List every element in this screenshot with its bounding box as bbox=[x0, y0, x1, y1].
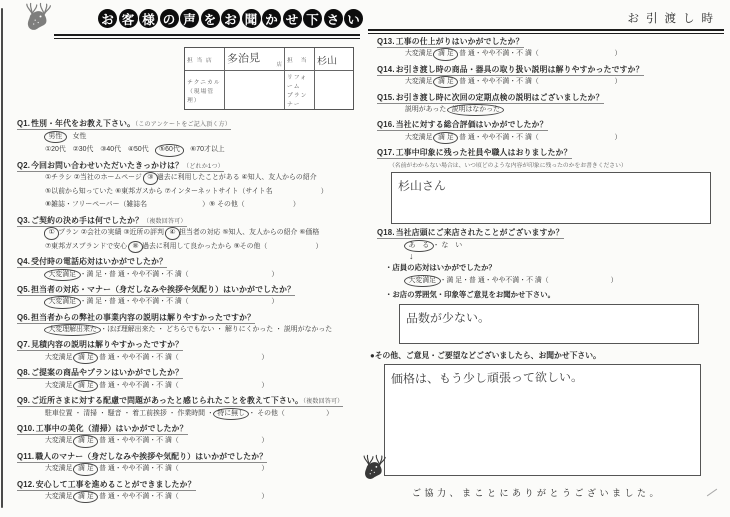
option-text: 普 通・やや不満・不 満（ ） bbox=[97, 465, 268, 472]
option-text: 過去に利用したことがある ④知人、友人からの紹介 bbox=[157, 174, 317, 181]
title-badge: を bbox=[201, 9, 220, 28]
answer-box: 杉山さん bbox=[391, 172, 711, 224]
technical-value-cell bbox=[225, 71, 285, 109]
questions-right: Q13.工事の仕上がりはいかがでしたか？大変満足 満 足 普 通・やや不満・不 … bbox=[368, 36, 724, 344]
deer-logo-icon bbox=[20, 2, 58, 40]
option-text: ⑦東邦ガスブランドで安心 bbox=[45, 243, 129, 250]
question-Q15: Q15.お引き渡し時に次回の定期点検の説明はございましたか？説明があった 説明は… bbox=[377, 92, 724, 117]
question-text: 工事中の美化（清掃）はいかがでしたか？ bbox=[36, 424, 188, 433]
question-title: Q13.工事の仕上がりはいかがでしたか？ bbox=[377, 36, 724, 47]
title-badges: お客様の声をお聞かせ下さい bbox=[98, 9, 363, 28]
question-note: （どれか1つ） bbox=[183, 164, 224, 170]
option-selected: 満 足 bbox=[73, 463, 98, 475]
option-text: 普 通・やや不満・不 満（ ） bbox=[457, 50, 621, 57]
option-selected: ① bbox=[44, 227, 59, 239]
question-number: Q2. bbox=[17, 161, 30, 170]
sub-question-title: ・店員の応対はいかがでしたか？ bbox=[385, 262, 724, 274]
question-text: 職人のマナー（身だしなみや挨拶や気配り）はいかがでしたか？ bbox=[35, 452, 267, 461]
title-badge: 下 bbox=[303, 9, 322, 28]
option-text: 説明があった bbox=[405, 106, 448, 113]
handover-section-title: お引渡し時 bbox=[368, 10, 724, 26]
option-text: 大変満足 bbox=[405, 134, 434, 141]
option-line: 大変満足・満 足・普 通・やや不満・不 満（ ） bbox=[17, 295, 360, 308]
option-selected: 特に無し bbox=[213, 408, 250, 420]
question-title: Q9.ご近所さまに対する配慮で問題があったと感じられたことを教えて下さい。（複数… bbox=[17, 395, 360, 407]
question-title: Q3.ご契約の決め手は何でしたか？（複数回答可） bbox=[17, 215, 360, 227]
question-title: Q4.受付時の電話応対はいかがでしたか？ bbox=[17, 256, 360, 267]
sub-question: ・店員の応対はいかがでしたか？大変満足・満 足・普 通・やや不満・不 満（ ） bbox=[385, 262, 724, 287]
option-line: 男性 女性 bbox=[17, 130, 360, 143]
title-badge: お bbox=[221, 9, 240, 28]
question-title: Q14.お引き渡し時の商品・器具の取り扱い説明は解りやすかったですか？ bbox=[377, 64, 724, 75]
store-label: 担 当 店 bbox=[185, 48, 225, 71]
option-selected: 満 足 bbox=[433, 132, 458, 144]
option-text: プラン ②会社の実績 ③近所の評判 bbox=[58, 229, 166, 236]
option-line: 大変満足 満 足 普 通・やや不満・不 満（ ） bbox=[17, 490, 360, 503]
option-selected: 満 足 bbox=[73, 380, 98, 392]
option-text: 普 通・やや不満・不 満（ ） bbox=[97, 382, 268, 389]
title-badge: 様 bbox=[139, 9, 158, 28]
option-selected: 男性 bbox=[44, 131, 67, 143]
question-title-underline: Q2.今回お問い合わせいただいたきっかけは？（どれか1つ） bbox=[17, 161, 224, 172]
question-title-underline: Q12.安心して工事を進めることができましたか？ bbox=[17, 480, 196, 491]
question-number: Q9. bbox=[17, 396, 30, 405]
planner-value-cell bbox=[315, 71, 353, 109]
option-line: ①チラシ ②当社のホームページ ③過去に利用したことがある ④知人、友人からの紹… bbox=[17, 171, 360, 184]
handwritten-store-name: 多治見 bbox=[227, 49, 261, 66]
question-Q7: Q7.見積内容の説明は解りやすかったですか？大変満足 満 足 普 通・やや不満・… bbox=[17, 339, 360, 364]
option-selected: ⑧ bbox=[128, 241, 143, 253]
question-Q6: Q6.担当者からの弊社の事業内容の説明は解りやすかったですか？大変理解出来た・ほ… bbox=[17, 312, 360, 337]
sub-question-title: ・お店の雰囲気・印象等ご意見をお聞かせ下さい。 bbox=[385, 289, 724, 301]
question-title: Q10.工事中の美化（清掃）はいかがでしたか？ bbox=[17, 423, 360, 434]
option-text: 普 通・やや不満・不 満（ ） bbox=[457, 78, 621, 85]
option-line: あ る・ な い bbox=[377, 239, 724, 252]
title-badge: 聞 bbox=[242, 9, 261, 28]
title-badge: か bbox=[262, 9, 281, 28]
option-line: 大変満足・満 足・普 通・やや不満・不 満（ ） bbox=[385, 274, 724, 287]
staff-info-table: 担 当 店 多治見 店 担 当 杉山 テクニカル （現場管理） リフォーム プラ… bbox=[184, 47, 354, 110]
option-selected: ④ bbox=[165, 227, 180, 239]
question-text: 受付時の電話応対はいかがでしたか？ bbox=[31, 257, 167, 266]
question-text: 安心して工事を進めることができましたか？ bbox=[36, 480, 196, 489]
question-number: Q14. bbox=[377, 65, 395, 74]
question-number: Q8. bbox=[17, 368, 30, 377]
question-text: 見積内容の説明は解りやすかったですか？ bbox=[31, 340, 183, 349]
question-text: 担当者の対応・マナー（身だしなみや挨拶や気配り）はいかがでしたか？ bbox=[31, 285, 295, 294]
question-Q16: Q16.当社に対する総合評価はいかがでしたか？大変満足 満 足 普 通・やや不満… bbox=[377, 119, 724, 144]
question-Q4: Q4.受付時の電話応対はいかがでしたか？大変満足・満 足・普 通・やや不満・不 … bbox=[17, 256, 360, 281]
option-text: 大変満足 bbox=[405, 50, 434, 57]
question-number: Q1. bbox=[17, 119, 30, 128]
option-line: ⑧雑誌・フリーペーパー（雑誌名 ）⑨ その他（ ） bbox=[17, 198, 360, 211]
title-badge: の bbox=[160, 9, 179, 28]
question-title: Q15.お引き渡し時に次回の定期点検の説明はございましたか？ bbox=[377, 92, 724, 103]
question-number: Q18. bbox=[377, 228, 395, 237]
question-number: Q15. bbox=[377, 93, 395, 102]
question-Q12: Q12.安心して工事を進めることができましたか？大変満足 満 足 普 通・やや不… bbox=[17, 479, 360, 504]
option-text: ・満 足・普 通・やや不満・不 満（ ） bbox=[80, 271, 279, 278]
question-text: 当社に対する総合評価はいかがでしたか？ bbox=[396, 120, 548, 129]
option-line: ①20代 ②30代 ③40代 ④50代 ⑤60代 ⑥70才以上 bbox=[17, 143, 360, 156]
option-selected: 満 足 bbox=[73, 352, 98, 364]
handwritten-staff-name: 杉山 bbox=[317, 51, 338, 67]
option-selected: 満 足 bbox=[73, 435, 98, 447]
question-Q14: Q14.お引き渡し時の商品・器具の取り扱い説明は解りやすかったですか？大変満足 … bbox=[377, 64, 724, 89]
option-text: ⑤以前から知っていた ⑥東邦ガスから ⑦インターネットサイト（サイト名 ） bbox=[45, 188, 328, 195]
option-text: 大変満足 bbox=[405, 78, 434, 85]
question-number: Q4. bbox=[17, 257, 30, 266]
option-text: 担当者の対応 ⑤知人、友人からの紹介 ⑥価格 bbox=[179, 229, 319, 236]
title-badge: 客 bbox=[119, 9, 138, 28]
option-text: ・ほぼ理解出来た ・ どちらでもない ・ 解りにくかった ・ 説明がなかった bbox=[100, 326, 332, 333]
option-text: 大変満足 bbox=[45, 465, 74, 472]
question-title-underline: Q1.性別・年代をお教え下さい。（このアンケートをご記入頂く方） bbox=[17, 119, 231, 130]
store-value-cell: 多治見 店 bbox=[225, 48, 285, 71]
option-line: ①プラン ②会社の実績 ③近所の評判 ④担当者の対応 ⑤知人、友人からの紹介 ⑥… bbox=[17, 226, 360, 239]
question-text: お引き渡し時の商品・器具の取り扱い説明は解りやすかったですか？ bbox=[396, 65, 644, 74]
scanned-survey-sheet: お客様の声をお聞かせ下さい 担 当 店 多治見 店 担 当 杉山 テクニカル （… bbox=[0, 0, 730, 517]
question-number: Q12. bbox=[17, 480, 35, 489]
option-line: 大変満足 満 足 普 通・やや不満・不 満（ ） bbox=[17, 462, 360, 475]
other-comments-box: 価格は、もう少し頑張って欲しい。 bbox=[384, 364, 701, 476]
option-selected: 満 足 bbox=[433, 76, 458, 88]
option-line: 大変満足 満 足 普 通・やや不満・不 満（ ） bbox=[377, 75, 724, 88]
question-title-underline: Q7.見積内容の説明は解りやすかったですか？ bbox=[17, 340, 183, 351]
question-title: Q2.今回お問い合わせいただいたきっかけは？（どれか1つ） bbox=[17, 160, 360, 172]
question-title: Q8.ご提案の商品やプランはいかがでしたか？ bbox=[17, 367, 360, 378]
option-text: 女性 bbox=[66, 133, 87, 140]
option-text: ・満 足・普 通・やや不満・不 満（ ） bbox=[440, 277, 618, 284]
question-title: Q6.担当者からの弊社の事業内容の説明は解りやすかったですか？ bbox=[17, 312, 360, 323]
option-selected: 大変満足 bbox=[404, 275, 441, 287]
option-line: 大変満足 満 足 普 通・やや不満・不 満（ ） bbox=[17, 379, 360, 392]
option-selected: 満 足 bbox=[433, 48, 458, 60]
option-line: 大変満足 満 足 普 通・やや不満・不 満（ ） bbox=[377, 131, 724, 144]
option-line: 大変満足・満 足・普 通・やや不満・不 満（ ） bbox=[17, 268, 360, 281]
question-number: Q11. bbox=[17, 452, 34, 461]
question-Q11: Q11.職人のマナー（身だしなみや挨拶や気配り）はいかがでしたか？大変満足 満 … bbox=[17, 451, 360, 476]
question-number: Q10. bbox=[17, 424, 35, 433]
question-title-underline: Q17.工事中印象に残った社員や職人はおりましたか？ bbox=[377, 148, 572, 159]
question-Q2: Q2.今回お問い合わせいただいたきっかけは？（どれか1つ）①チラシ ②当社のホー… bbox=[17, 160, 360, 212]
question-note: （複数回答可） bbox=[303, 399, 343, 405]
option-text: ・満 足・普 通・やや不満・不 満（ ） bbox=[80, 298, 279, 305]
title-badge: 声 bbox=[180, 9, 199, 28]
sub-question: ・お店の雰囲気・印象等ご意見をお聞かせ下さい。品数が少ない。 bbox=[385, 289, 724, 344]
question-title: Q7.見積内容の説明は解りやすかったですか？ bbox=[17, 339, 360, 350]
question-title: Q16.当社に対する総合評価はいかがでしたか？ bbox=[377, 119, 724, 130]
question-text: 当社店頭にご来店されたことがございますか？ bbox=[396, 228, 564, 237]
option-line: 駐車位置 ・ 清掃 ・ 騒音 ・ 着工前挨拶 ・ 作業時間 ・特に無し・ その他… bbox=[17, 407, 360, 420]
staff-value-cell: 杉山 bbox=[315, 48, 353, 71]
other-comments-title: ●その他、ご意見・ご要望などございましたら、お聞かせ下さい。 bbox=[370, 350, 724, 361]
option-line: 大変満足 満 足 普 通・やや不満・不 満（ ） bbox=[377, 47, 724, 60]
title-badge: せ bbox=[283, 9, 302, 28]
left-header-row: お客様の声をお聞かせ下さい bbox=[8, 6, 360, 34]
question-text: お引き渡し時に次回の定期点検の説明はございましたか？ bbox=[396, 93, 604, 102]
staff-label: 担 当 bbox=[285, 48, 315, 71]
option-line: 大変満足 満 足 普 通・やや不満・不 満（ ） bbox=[17, 351, 360, 364]
question-text: ご提案の商品やプランはいかがでしたか？ bbox=[31, 368, 183, 377]
question-Q18: Q18.当社店頭にご来店されたことがございますか？あ る・ な い↓・店員の応対… bbox=[377, 227, 724, 344]
title-badge: さ bbox=[324, 9, 343, 28]
option-text: ・ その他（ ） bbox=[248, 410, 333, 417]
survey-page-left: お客様の声をお聞かせ下さい 担 当 店 多治見 店 担 当 杉山 テクニカル （… bbox=[8, 6, 360, 506]
questions-left: Q1.性別・年代をお教え下さい。（このアンケートをご記入頂く方）男性 女性①20… bbox=[8, 118, 360, 503]
question-number: Q13. bbox=[377, 37, 395, 46]
title-badge: い bbox=[344, 9, 363, 28]
question-title: Q5.担当者の対応・マナー（身だしなみや挨拶や気配り）はいかがでしたか？ bbox=[17, 284, 360, 295]
survey-page-right: お引渡し時 Q13.工事の仕上がりはいかがでしたか？大変満足 満 足 普 通・や… bbox=[368, 6, 724, 499]
option-text: ⑧雑誌・フリーペーパー（雑誌名 ）⑨ その他（ ） bbox=[45, 201, 300, 208]
question-title-underline: Q4.受付時の電話応対はいかがでしたか？ bbox=[17, 257, 167, 268]
option-text: 大変満足 bbox=[45, 382, 74, 389]
question-Q1: Q1.性別・年代をお教え下さい。（このアンケートをご記入頂く方）男性 女性①20… bbox=[17, 118, 360, 157]
planner-label: リフォーム プランナー bbox=[285, 71, 315, 109]
question-text: 今回お問い合わせいただいたきっかけは？ bbox=[31, 161, 183, 170]
handwritten-other-comment: 価格は、もう少し頑張って欲しい。 bbox=[391, 368, 583, 387]
question-number: Q17. bbox=[377, 148, 395, 157]
option-line: 大変理解出来た・ほぼ理解出来た ・ どちらでもない ・ 解りにくかった ・ 説明… bbox=[17, 323, 360, 336]
answer-box: 品数が少ない。 bbox=[399, 304, 699, 344]
question-title-underline: Q3.ご契約の決め手は何でしたか？（複数回答可） bbox=[17, 216, 187, 227]
handwritten-text: 品数が少ない。 bbox=[406, 309, 490, 327]
option-line: ⑤以前から知っていた ⑥東邦ガスから ⑦インターネットサイト（サイト名 ） bbox=[17, 185, 360, 198]
question-number: Q7. bbox=[17, 340, 30, 349]
question-number: Q3. bbox=[17, 216, 30, 225]
question-Q5: Q5.担当者の対応・マナー（身だしなみや挨拶や気配り）はいかがでしたか？大変満足… bbox=[17, 284, 360, 309]
question-Q10: Q10.工事中の美化（清掃）はいかがでしたか？大変満足 満 足 普 通・やや不満… bbox=[17, 423, 360, 448]
question-text: ご契約の決め手は何でしたか？ bbox=[31, 216, 143, 225]
option-line: 説明があった 説明はなかった bbox=[377, 103, 724, 116]
question-title-underline: Q9.ご近所さまに対する配慮で問題があったと感じられたことを教えて下さい。（複数… bbox=[17, 396, 343, 407]
question-title-underline: Q18.当社店頭にご来店されたことがございますか？ bbox=[377, 228, 564, 239]
question-text: 工事の仕上がりはいかがでしたか？ bbox=[396, 37, 524, 46]
question-Q13: Q13.工事の仕上がりはいかがでしたか？大変満足 満 足 普 通・やや不満・不 … bbox=[377, 36, 724, 61]
option-selected: 満 足 bbox=[73, 491, 98, 503]
option-text: 過去に利用して良かったから ⑨その他（ ） bbox=[142, 243, 322, 250]
title-divider bbox=[54, 34, 360, 39]
option-text: 普 通・やや不満・不 満（ ） bbox=[457, 134, 621, 141]
question-Q8: Q8.ご提案の商品やプランはいかがでしたか？大変満足 満 足 普 通・やや不満・… bbox=[17, 367, 360, 392]
question-number: Q6. bbox=[17, 313, 30, 322]
option-text: 大変満足 bbox=[45, 493, 74, 500]
option-text: 大変満足 bbox=[45, 354, 74, 361]
option-line: ⑦東邦ガスブランドで安心 ⑧過去に利用して良かったから ⑨その他（ ） bbox=[17, 240, 360, 253]
question-title-underline: Q16.当社に対する総合評価はいかがでしたか？ bbox=[377, 120, 548, 131]
option-selected: ③ bbox=[143, 172, 158, 184]
question-Q17: Q17.工事中印象に残った社員や職人はおりましたか？（名前がわからない場合は、い… bbox=[377, 147, 724, 224]
question-Q9: Q9.ご近所さまに対する配慮で問題があったと感じられたことを教えて下さい。（複数… bbox=[17, 395, 360, 420]
question-text: ご近所さまに対する配慮で問題があったと感じられたことを教えて下さい。 bbox=[31, 396, 303, 405]
question-text: 性別・年代をお教え下さい。 bbox=[31, 119, 135, 128]
option-text: 普 通・やや不満・不 満（ ） bbox=[97, 493, 268, 500]
option-selected: 大変満足 bbox=[44, 296, 81, 308]
option-selected: ⑤60代 bbox=[155, 144, 185, 156]
option-selected: 大変満足 bbox=[44, 269, 81, 281]
question-note: （複数回答可） bbox=[143, 219, 186, 225]
option-selected: 説明はなかった bbox=[447, 104, 504, 116]
other-comments-section: ●その他、ご意見・ご要望などございましたら、お聞かせ下さい。 価格は、もう少し頑… bbox=[368, 350, 724, 476]
arrow-down-icon: ↓ bbox=[409, 252, 724, 260]
question-title-underline: Q15.お引き渡し時に次回の定期点検の説明はございましたか？ bbox=[377, 93, 604, 104]
question-number: Q16. bbox=[377, 120, 395, 129]
deer-logo-icon bbox=[358, 454, 392, 488]
option-selected: 大変理解出来た bbox=[44, 324, 101, 336]
option-text: ・ な い bbox=[433, 242, 462, 249]
option-text: 普 通・やや不満・不 満（ ） bbox=[97, 437, 268, 444]
question-note: （このアンケートをご記入頂く方） bbox=[135, 122, 231, 128]
question-title-underline: Q8.ご提案の商品やプランはいかがでしたか？ bbox=[17, 368, 183, 379]
question-number: Q5. bbox=[17, 285, 30, 294]
scan-edge-line bbox=[1, 8, 3, 508]
option-text: ⑥70才以上 bbox=[183, 146, 224, 153]
option-text: ①チラシ ②当社のホームページ bbox=[45, 174, 144, 181]
technical-label: テクニカル （現場管理） bbox=[185, 71, 225, 109]
option-text: 大変満足 bbox=[45, 437, 74, 444]
title-badge: お bbox=[98, 9, 117, 28]
option-text: 駐車位置 ・ 清掃 ・ 騒音 ・ 着工前挨拶 ・ 作業時間 ・ bbox=[45, 410, 214, 417]
option-line: 大変満足 満 足 普 通・やや不満・不 満（ ） bbox=[17, 434, 360, 447]
handover-divider bbox=[368, 29, 724, 34]
question-text: 担当者からの弊社の事業内容の説明は解りやすかったですか？ bbox=[31, 313, 255, 322]
option-text: 普 通・やや不満・不 満（ ） bbox=[97, 354, 268, 361]
option-text: ①20代 ②30代 ③40代 ④50代 bbox=[45, 146, 156, 153]
thanks-message: ご協力、まことにありがとうございました。 bbox=[412, 486, 724, 499]
question-title: Q17.工事中印象に残った社員や職人はおりましたか？ bbox=[377, 147, 724, 158]
question-title: Q11.職人のマナー（身だしなみや挨拶や気配り）はいかがでしたか？ bbox=[17, 451, 360, 462]
question-title: Q1.性別・年代をお教え下さい。（このアンケートをご記入頂く方） bbox=[17, 118, 360, 130]
question-title: Q18.当社店頭にご来店されたことがございますか？ bbox=[377, 227, 724, 238]
question-text: 工事中印象に残った社員や職人はおりましたか？ bbox=[396, 148, 572, 157]
store-suffix: 店 bbox=[276, 60, 282, 68]
question-subnote: （名前がわからない場合は、いつ頃どのような内容が印象に残ったのかをお書きください… bbox=[389, 160, 724, 169]
question-title: Q12.安心して工事を進めることができましたか？ bbox=[17, 479, 360, 490]
question-Q3: Q3.ご契約の決め手は何でしたか？（複数回答可）①プラン ②会社の実績 ③近所の… bbox=[17, 215, 360, 254]
handwritten-text: 杉山さん bbox=[398, 177, 446, 195]
